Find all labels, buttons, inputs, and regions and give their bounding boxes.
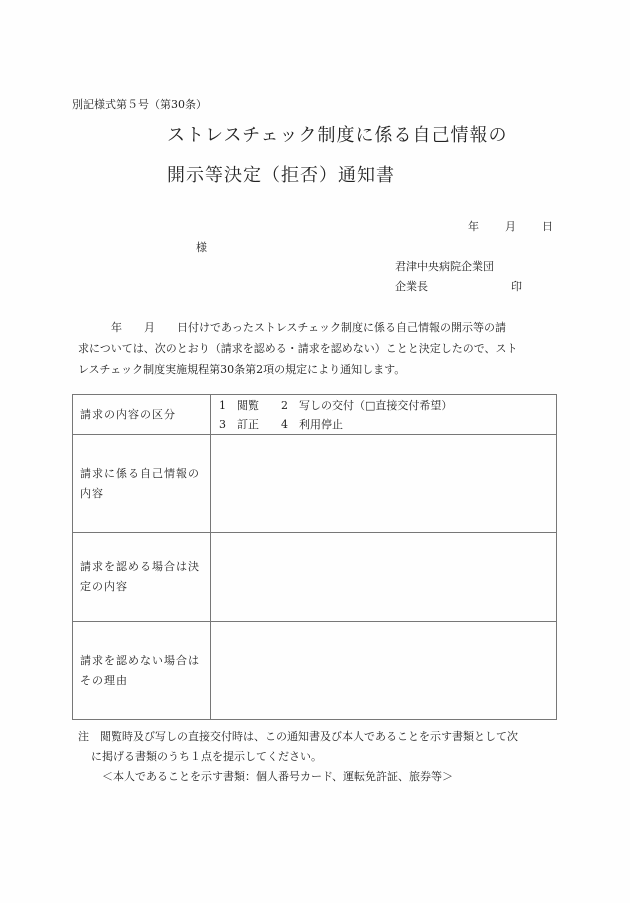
footnote-line-3: ＜本人であることを示す書類：個人番号カード、運転免許証、旅券等＞ (78, 767, 518, 787)
option-1-number: 1 (219, 396, 237, 415)
table-row-self-info: 請求に係る自己情報の 内容 (73, 435, 557, 533)
body-line-1: 年 月 日付けであったストレスチェック制度に係る自己情報の開示等の請 (78, 317, 558, 338)
footnote: 注 閲覧時及び写しの直接交付時は、この通知書及び本人であることを示す書類として次… (78, 727, 518, 787)
footnote-line-2: に掲げる書類のうち１点を提示してください。 (78, 747, 518, 767)
rejection-reason-label-line1: 請求を認めない場合は (80, 651, 210, 671)
approval-content-label: 請求を認める場合は決 定の内容 (73, 533, 211, 622)
form-number: 別記様式第５号（第30条） (72, 96, 207, 112)
self-info-label-line1: 請求に係る自己情報の (80, 464, 210, 484)
self-info-label: 請求に係る自己情報の 内容 (73, 435, 211, 533)
seal-mark: 印 (511, 278, 522, 294)
request-type-label: 請求の内容の区分 (73, 395, 211, 435)
document-title-line2: 開示等決定（拒否）通知書 (167, 161, 395, 187)
request-details-table: 請求の内容の区分 1閲覧2写しの交付（□直接交付希望） 3訂正4利用停止 請求に… (72, 394, 557, 720)
approval-content-label-line1: 請求を認める場合は決 (80, 557, 210, 577)
option-2-number: 2 (281, 396, 299, 415)
recipient-suffix: 様 (196, 239, 207, 255)
body-line-3: レスチェック制度実施規程第30条第2項の規定により通知します。 (78, 359, 558, 380)
table-row-approval-content: 請求を認める場合は決 定の内容 (73, 533, 557, 622)
date-year: 年 (468, 218, 479, 234)
table-row-request-type: 請求の内容の区分 1閲覧2写しの交付（□直接交付希望） 3訂正4利用停止 (73, 395, 557, 435)
approval-content-field[interactable] (211, 533, 557, 622)
option-2-label: 写しの交付（□直接交付希望） (299, 396, 452, 415)
option-3-label: 訂正 (237, 415, 259, 434)
sender-title: 企業長 (395, 278, 428, 294)
body-paragraph: 年 月 日付けであったストレスチェック制度に係る自己情報の開示等の請 求について… (78, 317, 558, 380)
body-line-2: 求については、次のとおり（請求を認める・請求を認めない）ことと決定したので、スト (78, 338, 558, 359)
option-4-label: 利用停止 (299, 415, 343, 434)
rejection-reason-label-line2: その理由 (80, 671, 210, 691)
sender-organization: 君津中央病院企業団 (395, 258, 494, 274)
approval-content-label-line2: 定の内容 (80, 577, 210, 597)
table-row-rejection-reason: 請求を認めない場合は その理由 (73, 622, 557, 720)
self-info-field[interactable] (211, 435, 557, 533)
issue-date: 年月日 (468, 218, 553, 234)
request-type-options: 1閲覧2写しの交付（□直接交付希望） 3訂正4利用停止 (211, 395, 557, 435)
rejection-reason-label: 請求を認めない場合は その理由 (73, 622, 211, 720)
footnote-line-1: 注 閲覧時及び写しの直接交付時は、この通知書及び本人であることを示す書類として次 (78, 727, 518, 747)
document-title-line1: ストレスチェック制度に係る自己情報の (167, 121, 508, 147)
option-3-number: 3 (219, 415, 237, 434)
self-info-label-line2: 内容 (80, 484, 210, 504)
option-4-number: 4 (281, 415, 299, 434)
date-day: 日 (542, 218, 553, 234)
option-1-label: 閲覧 (237, 396, 259, 415)
date-month: 月 (505, 218, 516, 234)
rejection-reason-field[interactable] (211, 622, 557, 720)
